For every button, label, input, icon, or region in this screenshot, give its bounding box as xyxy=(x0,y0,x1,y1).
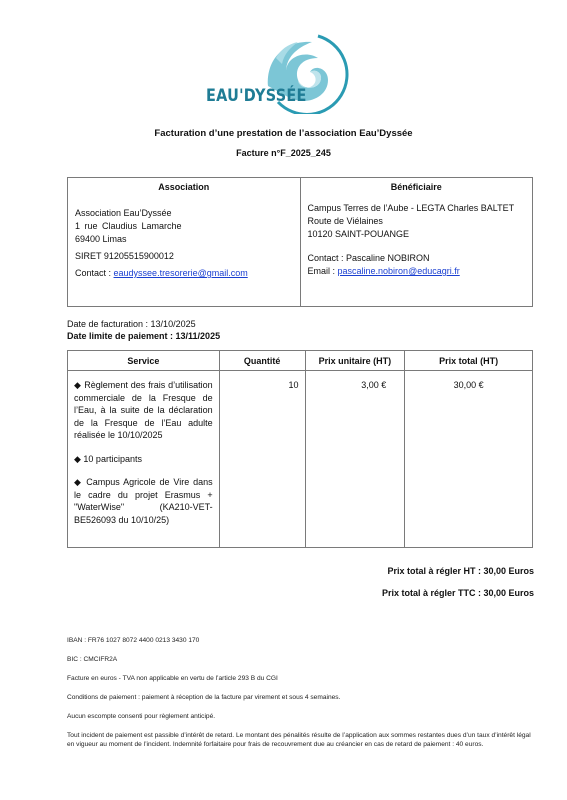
column-header-service: Service xyxy=(68,351,220,371)
service-description: ◆ Règlement des frais d’utilisation comm… xyxy=(68,371,220,548)
column-header-total-price: Prix total (HT) xyxy=(405,351,533,371)
service-line: ◆ 10 participants xyxy=(74,453,213,466)
association-siret: SIRET 91205515900012 xyxy=(75,250,293,263)
services-table: Service Quantité Prix unitaire (HT) Prix… xyxy=(67,350,533,548)
service-line: ◆ Règlement des frais d’utilisation comm… xyxy=(74,379,213,442)
discount-notice: Aucun escompte consenti pour règlement a… xyxy=(67,712,537,721)
table-row: ◆ Règlement des frais d’utilisation comm… xyxy=(68,371,533,548)
beneficiary-street: Route de Viélaines xyxy=(308,215,526,228)
beneficiary-email-link[interactable]: pascaline.nobiron@educagri.fr xyxy=(338,266,460,276)
association-logo: EAU'DYSSÉE xyxy=(206,28,356,114)
association-city: 69400 Limas xyxy=(75,233,293,246)
beneficiary-contact: Contact : Pascaline NOBIRON xyxy=(308,252,526,265)
column-header-quantity: Quantité xyxy=(219,351,305,371)
beneficiary-city: 10120 SAINT-POUANGE xyxy=(308,228,526,241)
vat-notice: Facture en euros - TVA non applicable en… xyxy=(67,674,537,683)
beneficiary-email: Email : pascaline.nobiron@educagri.fr xyxy=(308,265,526,278)
service-line: ◆ Campus Agricole de Vire dans le cadre … xyxy=(74,476,213,526)
total-ht: Prix total à régler HT : 30,00 Euros xyxy=(382,560,534,582)
bic: BIC : CMCIFR2A xyxy=(67,655,537,664)
logo-text: EAU'DYSSÉE xyxy=(206,86,307,106)
document-title: Facturation d’une prestation de l’associ… xyxy=(0,128,567,139)
beneficiary-email-label: Email : xyxy=(308,266,338,276)
totals: Prix total à régler HT : 30,00 Euros Pri… xyxy=(382,560,534,604)
service-total-price: 30,00 € xyxy=(405,371,533,548)
due-date: Date limite de paiement : 13/11/2025 xyxy=(67,330,220,342)
association-cell: Association Association Eau’Dyssée 1 rue… xyxy=(68,178,301,307)
invoice-date: Date de facturation : 13/10/2025 xyxy=(67,318,220,330)
invoice-dates: Date de facturation : 13/10/2025 Date li… xyxy=(67,318,220,342)
service-quantity: 10 xyxy=(219,371,305,548)
beneficiary-heading: Bénéficiaire xyxy=(301,182,533,192)
association-name: Association Eau’Dyssée xyxy=(75,207,293,220)
payment-conditions: Conditions de paiement : paiement à réce… xyxy=(67,693,537,702)
association-contact-label: Contact : xyxy=(75,268,114,278)
beneficiary-name: Campus Terres de l’Aube - LEGTA Charles … xyxy=(308,202,526,215)
association-heading: Association xyxy=(68,182,300,192)
parties-table: Association Association Eau’Dyssée 1 rue… xyxy=(67,177,533,307)
service-unit-price: 3,00 € xyxy=(305,371,405,548)
iban: IBAN : FR76 1027 8072 4400 0213 3430 170 xyxy=(67,636,537,645)
payment-info: IBAN : FR76 1027 8072 4400 0213 3430 170… xyxy=(67,636,537,759)
total-ttc: Prix total à régler TTC : 30,00 Euros xyxy=(382,582,534,604)
association-street: 1 rue Claudius Lamarche xyxy=(75,220,293,233)
association-contact: Contact : eaudyssee.tresorerie@gmail.com xyxy=(75,267,293,280)
invoice-number: Facture n°F_2025_245 xyxy=(0,148,567,158)
beneficiary-cell: Bénéficiaire Campus Terres de l’Aube - L… xyxy=(300,178,533,307)
association-email-link[interactable]: eaudyssee.tresorerie@gmail.com xyxy=(114,268,248,278)
column-header-unit-price: Prix unitaire (HT) xyxy=(305,351,405,371)
late-penalties: Tout incident de paiement est passible d… xyxy=(67,731,537,749)
